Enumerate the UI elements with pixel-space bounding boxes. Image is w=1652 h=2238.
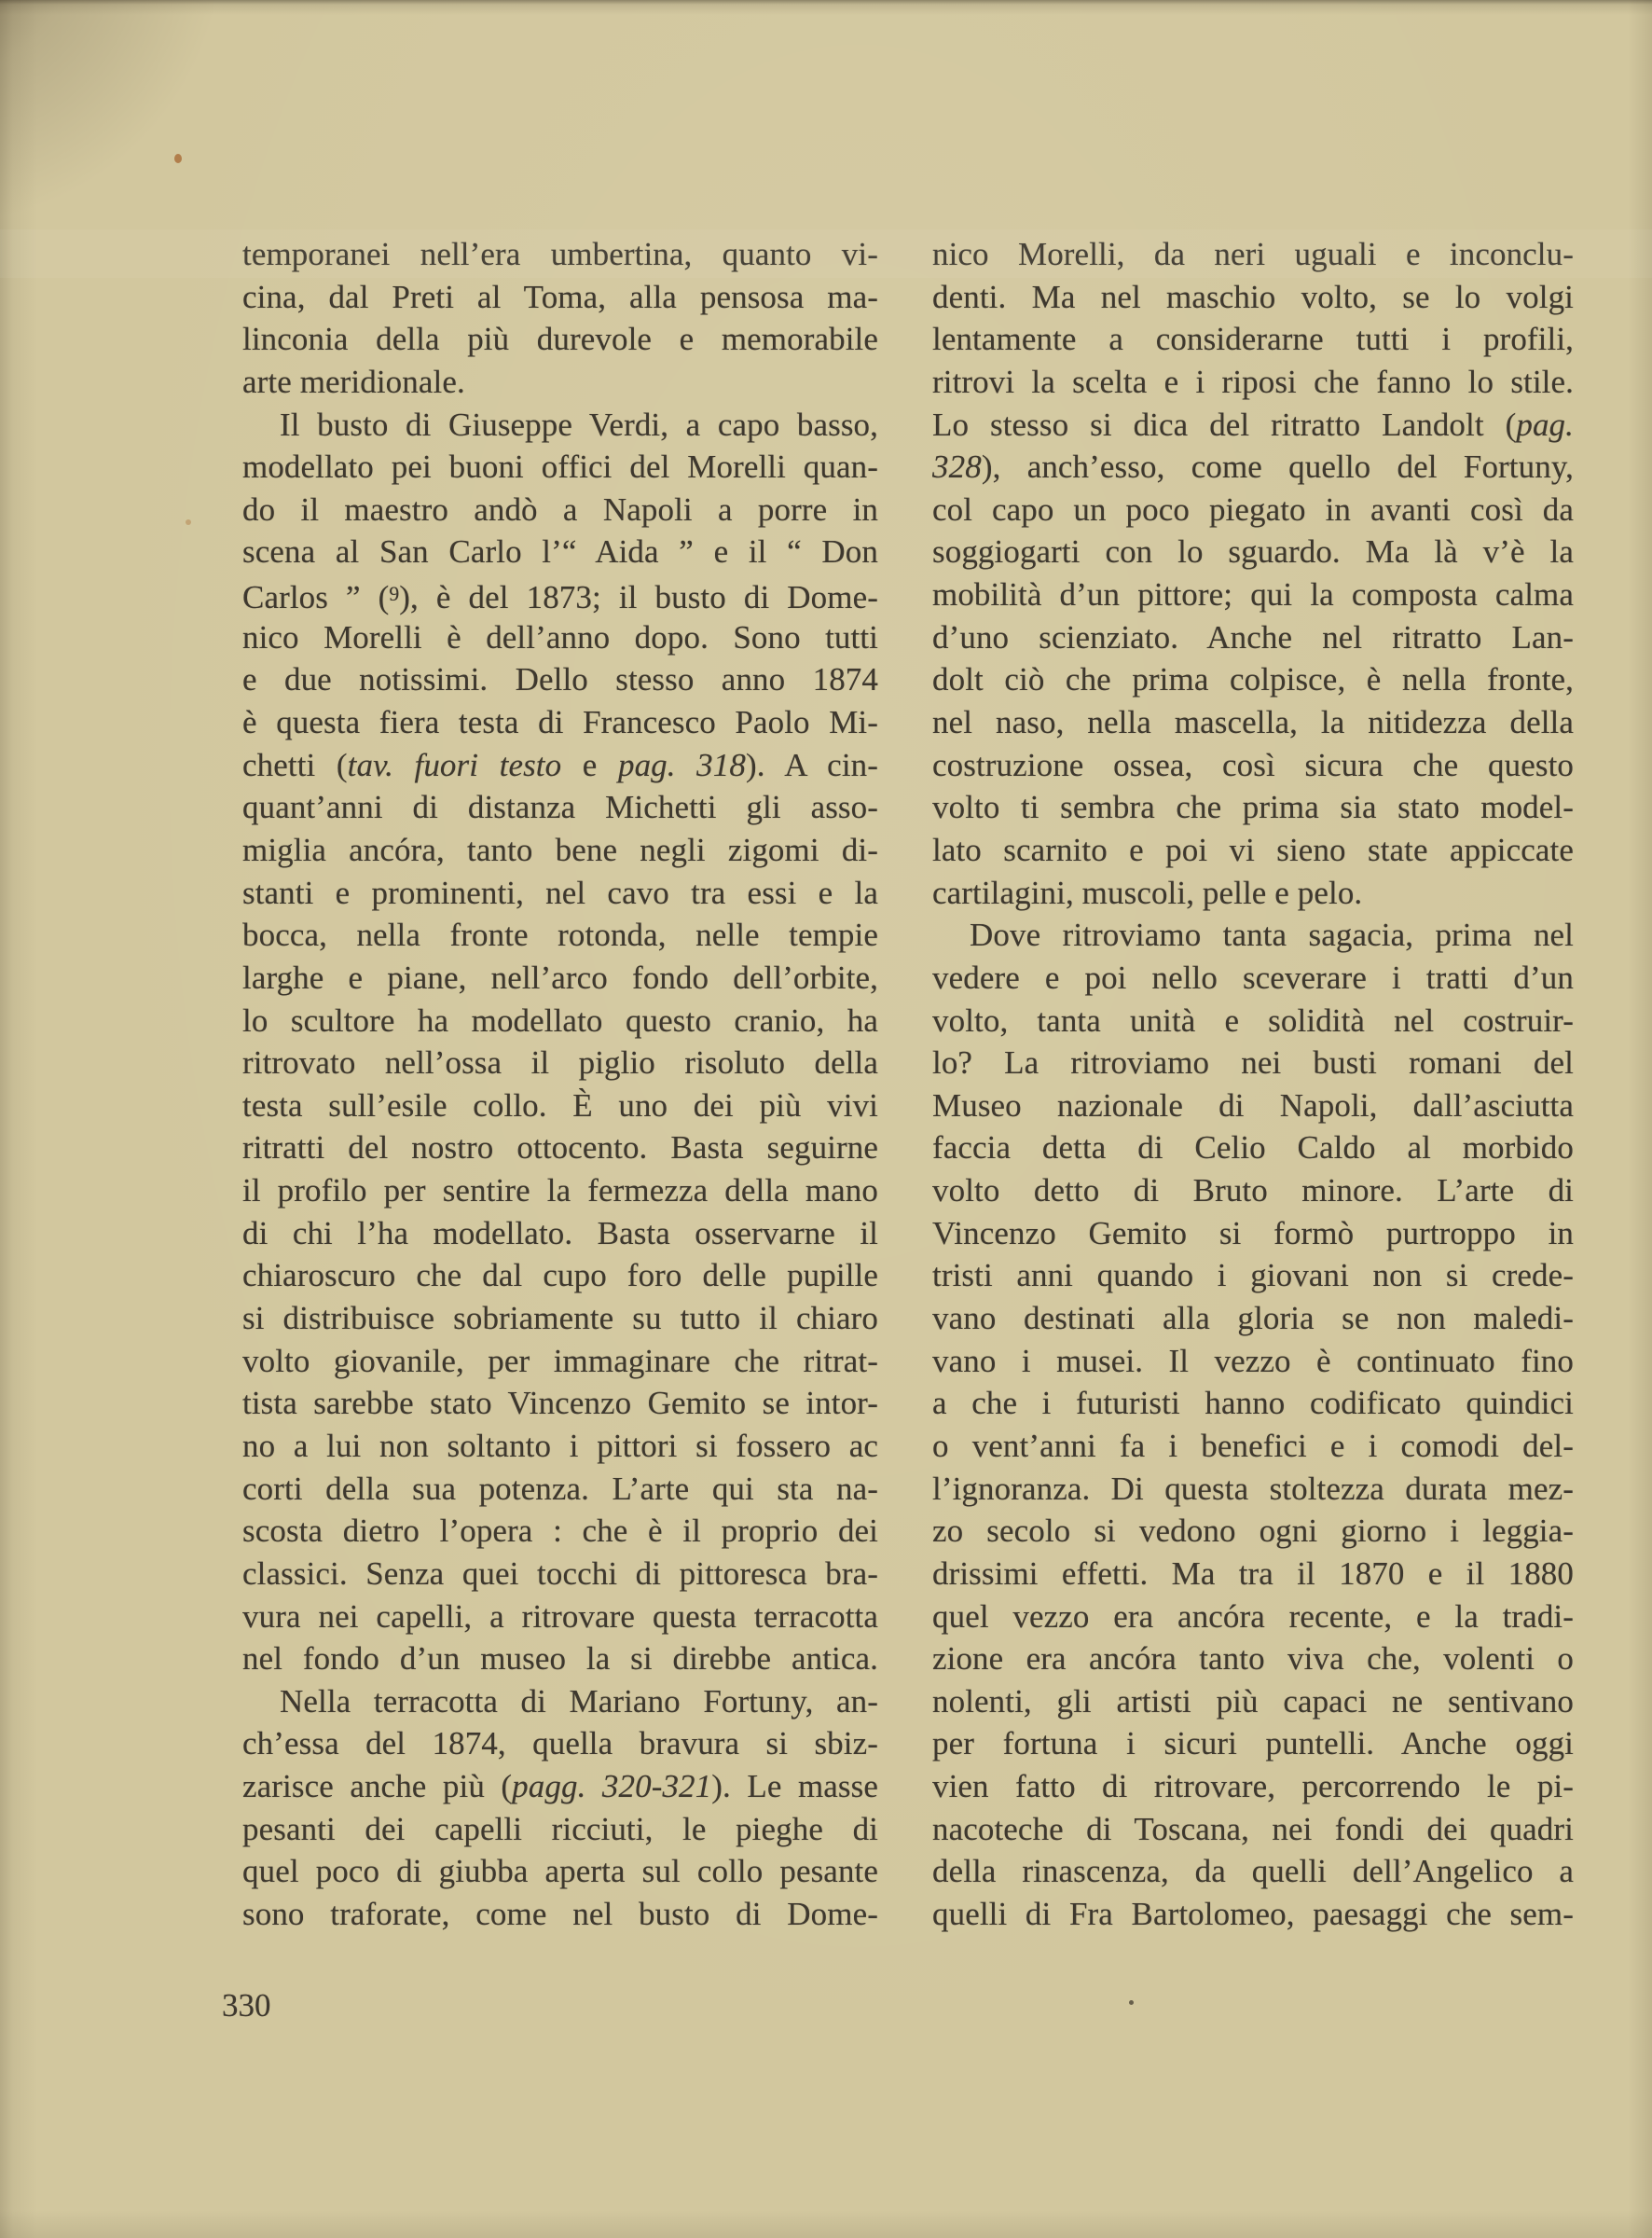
text-segment: linconia della più durevole e memorabile <box>242 321 878 357</box>
text-line: Nella terracotta di Mariano Fortuny, an- <box>242 1680 878 1723</box>
text-segment: tav. fuori testo <box>348 747 562 783</box>
text-line: nel naso, nella mascella, la nitidezza d… <box>932 701 1574 744</box>
text-line: e due notissimi. Dello stesso anno 1874 <box>242 658 878 701</box>
text-segment: modellato pei buoni offici del Morelli q… <box>242 449 878 485</box>
text-segment: testa sull’esile collo. È uno dei più vi… <box>242 1087 878 1124</box>
text-segment: o vent’anni fa i benefici e i comodi del… <box>932 1428 1574 1464</box>
text-line: Vincenzo Gemito si formò purtroppo in <box>932 1212 1574 1255</box>
text-segment: pag. 318 <box>618 747 746 783</box>
text-segment: nel naso, nella mascella, la nitidezza d… <box>932 704 1574 740</box>
text-segment: quel poco di giubba aperta sul collo pes… <box>242 1853 878 1889</box>
text-line: si distribuisce sobriamente su tutto il … <box>242 1297 878 1340</box>
text-segment: di chi l’ha modellato. Basta osservarne … <box>242 1215 878 1251</box>
rust-speck <box>174 154 182 163</box>
text-segment: corti della sua potenza. L’arte qui sta … <box>242 1471 878 1507</box>
text-line: il profilo per sentire la fermezza della… <box>242 1169 878 1212</box>
text-line: vien fatto di ritrovare, percorrendo le … <box>932 1765 1574 1808</box>
text-line: modellato pei buoni offici del Morelli q… <box>242 446 878 489</box>
page-number: 330 <box>222 1984 271 2026</box>
text-line: ritrovato nell’ossa il piglio risoluto d… <box>242 1042 878 1084</box>
text-line: vura nei capelli, a ritrovare questa ter… <box>242 1596 878 1638</box>
text-line: nolenti, gli artisti più capaci ne senti… <box>932 1680 1574 1723</box>
text-segment: ritratti del nostro ottocento. Basta seg… <box>242 1129 878 1166</box>
text-line: corti della sua potenza. L’arte qui sta … <box>242 1468 878 1511</box>
text-line: nel fondo d’un museo la si direbbe antic… <box>242 1637 878 1680</box>
text-segment: della rinascenza, da quelli dell’Angelic… <box>932 1853 1574 1889</box>
text-segment: tristi anni quando i giovani non si cred… <box>932 1257 1574 1293</box>
text-segment: volto giovanile, per immaginare che ritr… <box>242 1343 878 1379</box>
text-line: quant’anni di distanza Michetti gli asso… <box>242 786 878 829</box>
text-line: ritrovi la scelta e i riposi che fanno l… <box>932 361 1574 404</box>
text-segment: zione era ancóra tanto viva che, volenti… <box>932 1640 1574 1677</box>
text-segment: ritrovato nell’ossa il piglio risoluto d… <box>242 1044 878 1081</box>
text-line: linconia della più durevole e memorabile <box>242 318 878 361</box>
text-segment: sono traforate, come nel busto di Dome- <box>242 1896 878 1932</box>
text-line: scosta dietro l’opera : che è il proprio… <box>242 1510 878 1553</box>
text-line: Dove ritroviamo tanta sagacia, prima nel <box>932 914 1574 957</box>
text-line: do il maestro andò a Napoli a porre in <box>242 489 878 532</box>
text-line: tista sarebbe stato Vincenzo Gemito se i… <box>242 1382 878 1425</box>
text-segment: a che i futuristi hanno codificato quind… <box>932 1385 1574 1421</box>
text-segment: stanti e prominenti, nel cavo tra essi e… <box>242 875 878 911</box>
text-segment: Lo stesso si dica del ritratto Landolt ( <box>932 407 1516 443</box>
text-line: testa sull’esile collo. È uno dei più vi… <box>242 1084 878 1127</box>
text-line: o vent’anni fa i benefici e i comodi del… <box>932 1425 1574 1468</box>
text-segment: e <box>561 747 618 783</box>
text-line: cartilagini, muscoli, pelle e pelo. <box>932 872 1574 915</box>
text-segment: ch’essa del 1874, quella bravura si sbiz… <box>242 1725 878 1761</box>
text-line: ch’essa del 1874, quella bravura si sbiz… <box>242 1722 878 1765</box>
text-segment: vano i musei. Il vezzo è continuato fino <box>932 1343 1574 1379</box>
text-segment: ), anch’esso, come quello del Fortuny, <box>982 449 1574 485</box>
text-segment: pesanti dei capelli ricciuti, le pieghe … <box>242 1811 878 1847</box>
text-segment: arte meridionale. <box>242 364 465 400</box>
text-line: zo secolo si vedono ogni giorno i leggia… <box>932 1510 1574 1553</box>
text-segment: lo scultore ha modellato questo cranio, … <box>242 1002 878 1039</box>
text-segment: drissimi effetti. Ma tra il 1870 e il 18… <box>932 1555 1574 1592</box>
book-page: temporanei nell’era umbertina, quanto vi… <box>0 0 1652 2238</box>
text-segment: vura nei capelli, a ritrovare questa ter… <box>242 1598 878 1635</box>
text-segment: col capo un poco piegato in avanti così … <box>932 491 1574 528</box>
text-segment: vedere e poi nello sceverare i tratti d’… <box>932 960 1574 996</box>
text-segment: Carlos ” ( <box>242 579 389 615</box>
text-line: lo? La ritroviamo nei busti romani del <box>932 1042 1574 1084</box>
text-segment: no a lui non soltanto i pittori si fosse… <box>242 1428 878 1464</box>
text-segment: Dove ritroviamo tanta sagacia, prima nel <box>970 917 1574 953</box>
text-segment: ). A cin- <box>746 747 878 783</box>
text-line: faccia detta di Celio Caldo al morbido <box>932 1126 1574 1169</box>
text-segment: costruzione ossea, così sicura che quest… <box>932 747 1574 783</box>
text-line: zione era ancóra tanto viva che, volenti… <box>932 1637 1574 1680</box>
text-segment: temporanei nell’era umbertina, quanto vi… <box>242 236 878 272</box>
text-segment: faccia detta di Celio Caldo al morbido <box>932 1129 1574 1166</box>
right-column: nico Morelli, da neri uguali e inconclu-… <box>932 233 1574 1936</box>
text-line: volto ti sembra che prima sia stato mode… <box>932 786 1574 829</box>
text-line: quel poco di giubba aperta sul collo pes… <box>242 1850 878 1893</box>
text-segment: l’ignoranza. Di questa stoltezza durata … <box>932 1471 1574 1507</box>
text-segment: classici. Senza quei tocchi di pittoresc… <box>242 1555 878 1592</box>
text-line: lo scultore ha modellato questo cranio, … <box>242 1000 878 1043</box>
text-segment: quel vezzo era ancóra recente, e la trad… <box>932 1598 1574 1635</box>
text-segment: scosta dietro l’opera : che è il proprio… <box>242 1513 878 1549</box>
text-line: no a lui non soltanto i pittori si fosse… <box>242 1425 878 1468</box>
text-segment: dolt ciò che prima colpisce, è nella fro… <box>932 661 1574 698</box>
text-segment: vien fatto di ritrovare, percorrendo le … <box>932 1768 1574 1804</box>
text-line: zarisce anche più (pagg. 320-321). Le ma… <box>242 1765 878 1808</box>
text-segment: ). Le masse <box>711 1768 878 1804</box>
text-segment: vano destinati alla gloria se non maledi… <box>932 1300 1574 1336</box>
text-line: volto detto di Bruto minore. L’arte di <box>932 1169 1574 1212</box>
text-line: vano destinati alla gloria se non maledi… <box>932 1297 1574 1340</box>
text-line: nico Morelli, da neri uguali e inconclu- <box>932 233 1574 276</box>
text-line: Carlos ” (9), è del 1873; il busto di Do… <box>242 573 878 616</box>
text-segment: cina, dal Preti al Toma, alla pensosa ma… <box>242 279 878 315</box>
text-segment: bocca, nella fronte rotonda, nelle tempi… <box>242 917 878 953</box>
text-line: nacoteche di Toscana, nei fondi dei quad… <box>932 1808 1574 1851</box>
text-line: a che i futuristi hanno codificato quind… <box>932 1382 1574 1425</box>
text-segment: e due notissimi. Dello stesso anno 1874 <box>242 661 878 698</box>
text-line: nico Morelli è dell’anno dopo. Sono tutt… <box>242 616 878 659</box>
text-segment: denti. Ma nel maschio volto, se lo volgi <box>932 279 1574 315</box>
text-line: costruzione ossea, così sicura che quest… <box>932 744 1574 787</box>
text-segment: si distribuisce sobriamente su tutto il … <box>242 1300 878 1336</box>
text-segment: nacoteche di Toscana, nei fondi dei quad… <box>932 1811 1574 1847</box>
text-segment: volto ti sembra che prima sia stato mode… <box>932 789 1574 825</box>
text-segment: ritrovi la scelta e i riposi che fanno l… <box>932 364 1574 400</box>
text-segment: nolenti, gli artisti più capaci ne senti… <box>932 1683 1574 1720</box>
text-segment: lo? La ritroviamo nei busti romani del <box>932 1044 1574 1081</box>
text-segment: mobilità d’un pittore; qui la composta c… <box>932 576 1574 613</box>
text-line: volto, tanta unità e solidità nel costru… <box>932 1000 1574 1043</box>
text-line: scena al San Carlo l’“ Aida ” e il “ Don <box>242 531 878 573</box>
text-segment: zo secolo si vedono ogni giorno i leggia… <box>932 1513 1574 1549</box>
text-line: ritratti del nostro ottocento. Basta seg… <box>242 1126 878 1169</box>
text-segment: 328 <box>932 449 982 485</box>
text-line: è questa fiera testa di Francesco Paolo … <box>242 701 878 744</box>
text-line: per fortuna i sicuri puntelli. Anche ogg… <box>932 1722 1574 1765</box>
text-segment: lato scarnito e poi vi sieno state appic… <box>932 832 1574 868</box>
text-segment: lentamente a considerarne tutti i profil… <box>932 321 1574 357</box>
text-segment: il profilo per sentire la fermezza della… <box>242 1172 878 1209</box>
text-line: dolt ciò che prima colpisce, è nella fro… <box>932 658 1574 701</box>
text-line: stanti e prominenti, nel cavo tra essi e… <box>242 872 878 915</box>
text-line: 328), anch’esso, come quello del Fortuny… <box>932 446 1574 489</box>
text-line: col capo un poco piegato in avanti così … <box>932 489 1574 532</box>
text-segment: nico Morelli, da neri uguali e inconclu- <box>932 236 1574 272</box>
text-segment: volto detto di Bruto minore. L’arte di <box>932 1172 1574 1209</box>
text-segment: cartilagini, muscoli, pelle e pelo. <box>932 875 1362 911</box>
text-line: denti. Ma nel maschio volto, se lo volgi <box>932 276 1574 319</box>
text-line: bocca, nella fronte rotonda, nelle tempi… <box>242 914 878 957</box>
text-segment: volto, tanta unità e solidità nel costru… <box>932 1002 1574 1039</box>
text-line: larghe e piane, nell’arco fondo dell’orb… <box>242 957 878 1000</box>
text-line: lato scarnito e poi vi sieno state appic… <box>932 829 1574 872</box>
text-segment: Museo nazionale di Napoli, dall’asciutta <box>932 1087 1574 1124</box>
text-line: temporanei nell’era umbertina, quanto vi… <box>242 233 878 276</box>
text-line: tristi anni quando i giovani non si cred… <box>932 1254 1574 1297</box>
text-segment: soggiogarti con lo sguardo. Ma là v’è la <box>932 533 1574 570</box>
text-line: quel vezzo era ancóra recente, e la trad… <box>932 1596 1574 1638</box>
text-line: miglia ancóra, tanto bene negli zigomi d… <box>242 829 878 872</box>
text-line: arte meridionale. <box>242 361 878 404</box>
text-line: Lo stesso si dica del ritratto Landolt (… <box>932 404 1574 447</box>
text-line: quelli di Fra Bartolomeo, paesaggi che s… <box>932 1893 1574 1936</box>
text-segment: scena al San Carlo l’“ Aida ” e il “ Don <box>242 533 878 570</box>
text-segment: nico Morelli è dell’anno dopo. Sono tutt… <box>242 619 878 656</box>
text-line: classici. Senza quei tocchi di pittoresc… <box>242 1553 878 1596</box>
text-segment: pagg. 320-321 <box>512 1768 711 1804</box>
text-segment: quelli di Fra Bartolomeo, paesaggi che s… <box>932 1896 1574 1932</box>
text-segment: pag. <box>1516 407 1574 443</box>
text-segment: nel fondo d’un museo la si direbbe antic… <box>242 1640 878 1677</box>
text-segment: miglia ancóra, tanto bene negli zigomi d… <box>242 832 878 868</box>
text-line: vedere e poi nello sceverare i tratti d’… <box>932 957 1574 1000</box>
text-line: mobilità d’un pittore; qui la composta c… <box>932 573 1574 616</box>
text-line: l’ignoranza. Di questa stoltezza durata … <box>932 1468 1574 1511</box>
text-line: Il busto di Giuseppe Verdi, a capo basso… <box>242 404 878 447</box>
text-line: drissimi effetti. Ma tra il 1870 e il 18… <box>932 1553 1574 1596</box>
text-segment: zarisce anche più ( <box>242 1768 512 1804</box>
text-segment: Vincenzo Gemito si formò purtroppo in <box>932 1215 1574 1251</box>
left-column: temporanei nell’era umbertina, quanto vi… <box>242 233 878 1936</box>
footnote-marker: 9 <box>389 583 399 605</box>
text-line: chiaroscuro che dal cupo foro delle pupi… <box>242 1254 878 1297</box>
text-segment: Il busto di Giuseppe Verdi, a capo basso… <box>280 407 878 443</box>
text-segment: d’uno scienziato. Anche nel ritratto Lan… <box>932 619 1574 656</box>
text-segment: chetti ( <box>242 747 348 783</box>
text-segment: tista sarebbe stato Vincenzo Gemito se i… <box>242 1385 878 1421</box>
text-segment: larghe e piane, nell’arco fondo dell’orb… <box>242 960 878 996</box>
text-segment: chiaroscuro che dal cupo foro delle pupi… <box>242 1257 878 1293</box>
text-segment: do il maestro andò a Napoli a porre in <box>242 491 878 528</box>
text-segment: Nella terracotta di Mariano Fortuny, an- <box>280 1683 878 1720</box>
rust-speck <box>186 519 191 525</box>
text-segment: è questa fiera testa di Francesco Paolo … <box>242 704 878 740</box>
text-line: chetti (tav. fuori testo e pag. 318). A … <box>242 744 878 787</box>
text-line: Museo nazionale di Napoli, dall’asciutta <box>932 1084 1574 1127</box>
text-line: pesanti dei capelli ricciuti, le pieghe … <box>242 1808 878 1851</box>
text-line: d’uno scienziato. Anche nel ritratto Lan… <box>932 616 1574 659</box>
ink-speck <box>1129 2000 1134 2005</box>
text-line: soggiogarti con lo sguardo. Ma là v’è la <box>932 531 1574 573</box>
text-line: sono traforate, come nel busto di Dome- <box>242 1893 878 1936</box>
text-line: vano i musei. Il vezzo è continuato fino <box>932 1340 1574 1383</box>
text-segment: quant’anni di distanza Michetti gli asso… <box>242 789 878 825</box>
text-segment: per fortuna i sicuri puntelli. Anche ogg… <box>932 1725 1574 1761</box>
text-line: volto giovanile, per immaginare che ritr… <box>242 1340 878 1383</box>
text-line: della rinascenza, da quelli dell’Angelic… <box>932 1850 1574 1893</box>
text-line: lentamente a considerarne tutti i profil… <box>932 318 1574 361</box>
text-segment: ), è del 1873; il busto di Dome- <box>399 579 878 615</box>
text-line: cina, dal Preti al Toma, alla pensosa ma… <box>242 276 878 319</box>
text-line: di chi l’ha modellato. Basta osservarne … <box>242 1212 878 1255</box>
